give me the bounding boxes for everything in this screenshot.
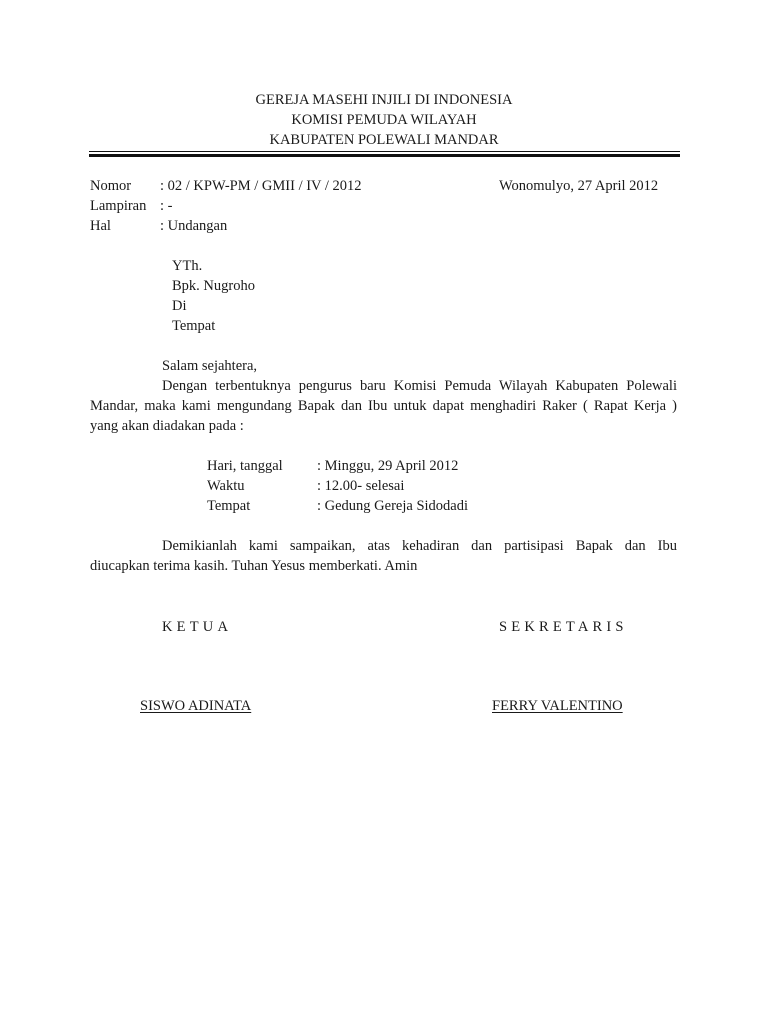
greeting: Salam sejahtera, bbox=[162, 356, 257, 376]
paragraph-1-line-2: Mandar, maka kami mengundang Bapak dan I… bbox=[90, 396, 677, 416]
closing-line-2: diucapkan terima kasih. Tuhan Yesus memb… bbox=[90, 556, 417, 576]
letterhead-organization: GEREJA MASEHI INJILI DI INDONESIA bbox=[88, 90, 680, 110]
recipient-name: Bpk. Nugroho bbox=[172, 276, 255, 296]
letterhead-rule-thin bbox=[89, 151, 680, 152]
signature-name-chair: SISWO ADINATA bbox=[140, 696, 251, 716]
nomor-value: : 02 / KPW-PM / GMII / IV / 2012 bbox=[160, 176, 362, 196]
paragraph-1-line-3: yang akan diadakan pada : bbox=[90, 416, 244, 436]
nomor-label: Nomor bbox=[90, 176, 131, 196]
detail-value-place: : Gedung Gereja Sidodadi bbox=[317, 496, 468, 516]
signature-name-secretary: FERRY VALENTINO bbox=[492, 696, 623, 716]
detail-value-time: : 12.00- selesai bbox=[317, 476, 404, 496]
signature-title-chair: KETUA bbox=[162, 617, 232, 637]
letterhead-rule-thick bbox=[89, 154, 680, 157]
recipient-salutation: YTh. bbox=[172, 256, 202, 276]
lampiran-label: Lampiran bbox=[90, 196, 146, 216]
hal-value: : Undangan bbox=[160, 216, 227, 236]
closing-line-1: Demikianlah kami sampaikan, atas kehadir… bbox=[90, 536, 677, 556]
detail-label-place: Tempat bbox=[207, 496, 250, 516]
hal-label: Hal bbox=[90, 216, 111, 236]
paragraph-1-line-1: Dengan terbentuknya pengurus baru Komisi… bbox=[90, 376, 677, 396]
detail-label-date: Hari, tanggal bbox=[207, 456, 283, 476]
detail-value-date: : Minggu, 29 April 2012 bbox=[317, 456, 458, 476]
signature-title-secretary: SEKRETARIS bbox=[499, 617, 628, 637]
recipient-di: Di bbox=[172, 296, 187, 316]
letterhead-region: KABUPATEN POLEWALI MANDAR bbox=[88, 130, 680, 150]
recipient-place: Tempat bbox=[172, 316, 215, 336]
detail-label-time: Waktu bbox=[207, 476, 245, 496]
place-date: Wonomulyo, 27 April 2012 bbox=[499, 176, 658, 196]
lampiran-value: : - bbox=[160, 196, 172, 216]
letterhead-commission: KOMISI PEMUDA WILAYAH bbox=[88, 110, 680, 130]
